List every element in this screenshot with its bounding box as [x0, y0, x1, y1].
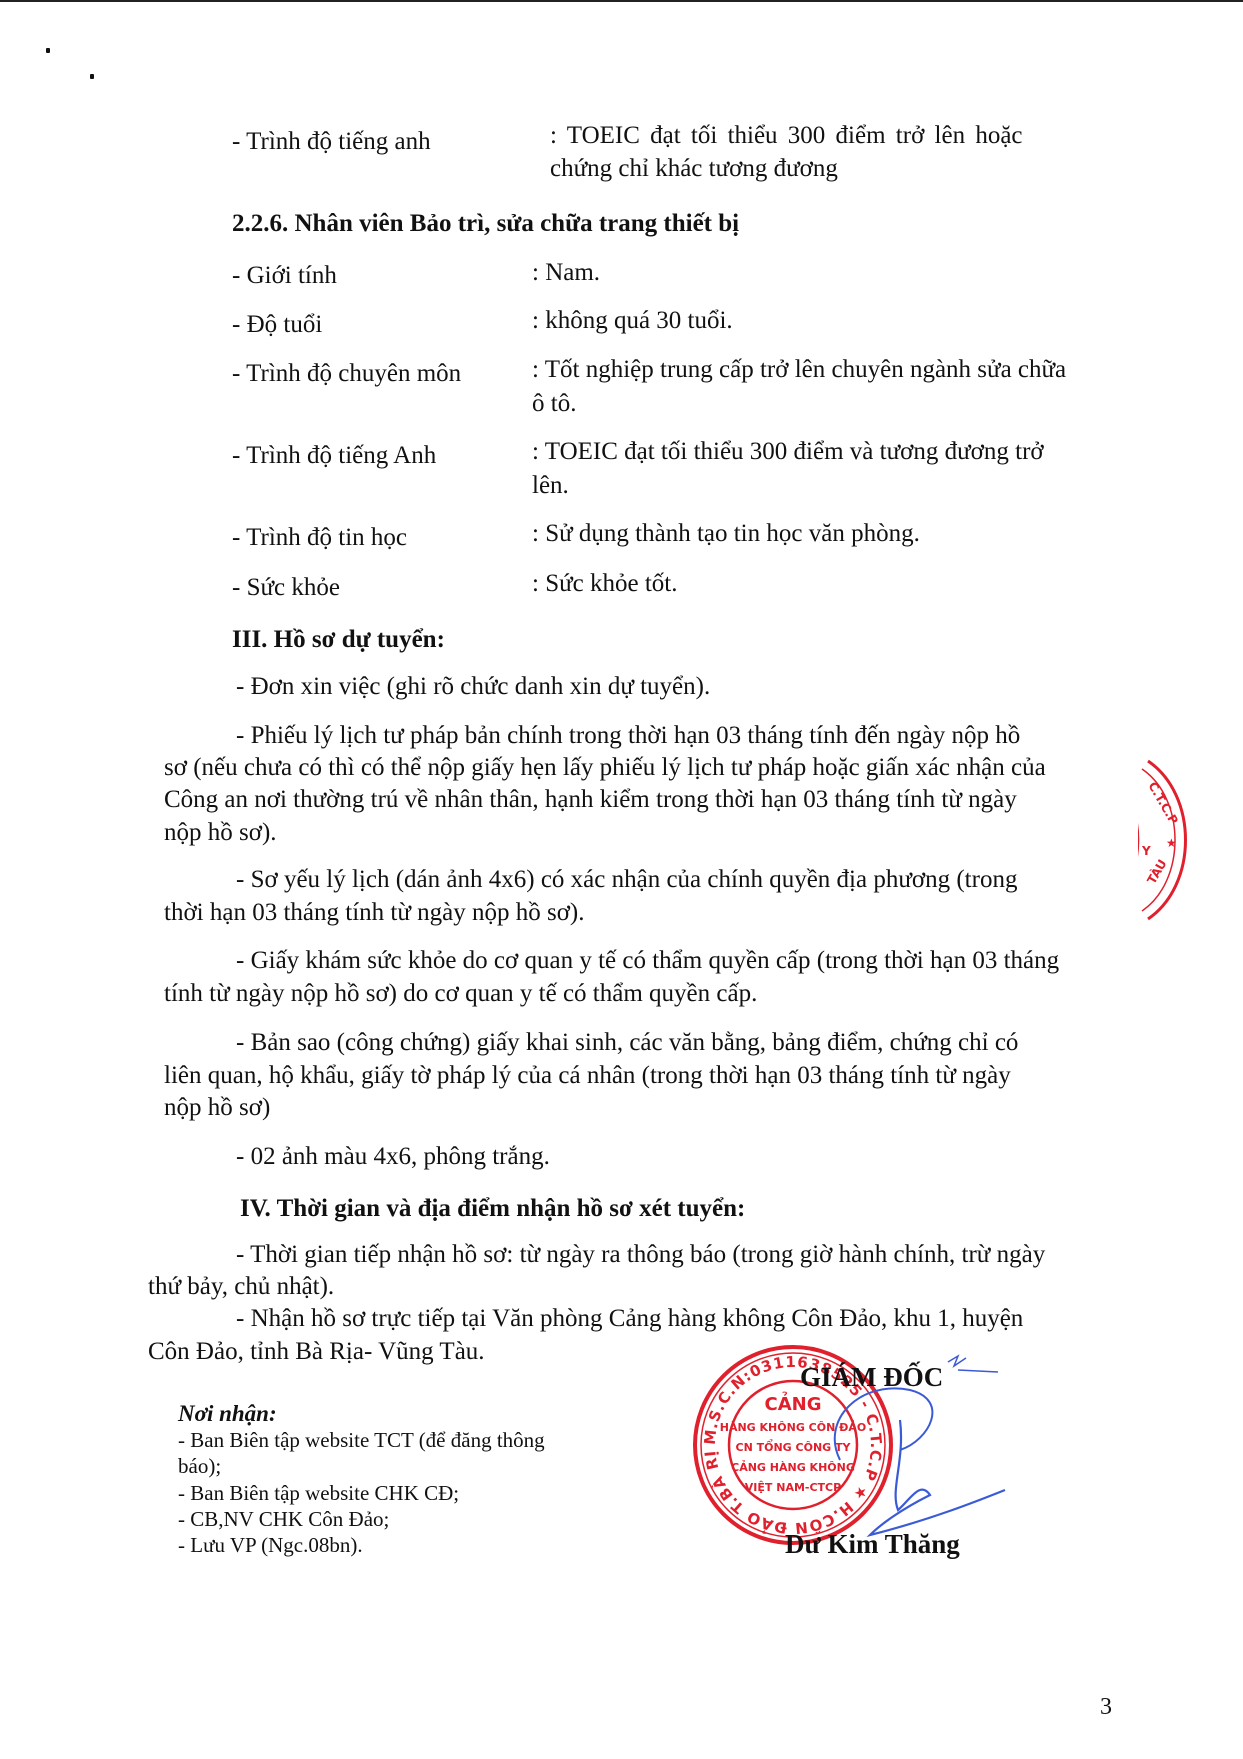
recipient-line: - Ban Biên tập website CHK CĐ; [178, 1481, 459, 1505]
field-value-cont: lên. [532, 472, 569, 500]
field-label: - Giới tính [232, 262, 337, 290]
field-value-cont: ô tô. [532, 390, 576, 418]
field-value-cont: chứng chỉ khác tương đương [550, 155, 838, 183]
seam-stamp-icon: C.T.C.P ★ TÀU Y [1138, 755, 1198, 925]
requirement-item-cont: nộp hồ sơ). [164, 819, 277, 847]
field-value: : Nam. [532, 259, 600, 287]
scan-speck [90, 74, 94, 79]
svg-text:★: ★ [1166, 836, 1177, 850]
scan-speck [46, 48, 50, 53]
requirement-item: - Giấy khám sức khỏe do cơ quan y tế có … [236, 947, 1059, 975]
field-label: - Trình độ tiếng Anh [232, 442, 436, 470]
page-number: 3 [1100, 1693, 1112, 1721]
signature-title: GIÁM ĐỐC [800, 1363, 943, 1391]
field-label: - Trình độ tin học [232, 524, 407, 552]
requirement-item-cont: liên quan, hộ khẩu, giấy tờ pháp lý của … [164, 1062, 1011, 1090]
submission-item-cont: thứ bảy, chủ nhật). [148, 1273, 334, 1301]
recipient-line: - CB,NV CHK Côn Đảo; [178, 1507, 389, 1531]
field-value: : Tốt nghiệp trung cấp trở lên chuyên ng… [532, 356, 1066, 384]
field-value: : không quá 30 tuổi. [532, 307, 733, 335]
requirement-item: - Phiếu lý lịch tư pháp bản chính trong … [236, 722, 1020, 750]
recipient-line: báo); [178, 1454, 221, 1478]
requirement-item: - Sơ yếu lý lịch (dán ảnh 4x6) có xác nh… [236, 866, 1017, 894]
section-heading-2-2-6: 2.2.6. Nhân viên Bảo trì, sửa chữa trang… [232, 210, 739, 238]
section-heading-iii: III. Hồ sơ dự tuyển: [232, 626, 445, 654]
submission-item: - Nhận hồ sơ trực tiếp tại Văn phòng Cản… [236, 1305, 1023, 1333]
scan-top-edge [0, 0, 1243, 2]
requirement-item: - 02 ảnh màu 4x6, phông trắng. [236, 1143, 550, 1171]
requirement-item: - Đơn xin việc (ghi rõ chức danh xin dự … [236, 673, 710, 701]
field-label: - Sức khỏe [232, 574, 340, 602]
submission-item: - Thời gian tiếp nhận hồ sơ: từ ngày ra … [236, 1241, 1045, 1269]
recipient-line: - Lưu VP (Ngc.08bn). [178, 1533, 363, 1557]
field-value: : Sức khỏe tốt. [532, 570, 677, 598]
submission-item-cont: Côn Đảo, tỉnh Bà Rịa- Vũng Tàu. [148, 1338, 485, 1366]
field-label: - Trình độ tiếng anh [232, 128, 431, 156]
field-value: : TOEIC đạt tối thiểu 300 điểm và tương … [532, 438, 1044, 466]
field-value: : TOEIC đạt tối thiểu 300 điểm trở lên h… [550, 122, 1023, 150]
requirement-item: - Bản sao (công chứng) giấy khai sinh, c… [236, 1029, 1018, 1057]
field-value: : Sử dụng thành tạo tin học văn phòng. [532, 520, 920, 548]
recipient-line: - Ban Biên tập website TCT (để đăng thôn… [178, 1428, 545, 1452]
field-label: - Trình độ chuyên môn [232, 360, 461, 388]
svg-text:C.T.C.P: C.T.C.P [1145, 780, 1180, 827]
field-label: - Độ tuổi [232, 311, 322, 339]
requirement-item-cont: thời hạn 03 tháng tính từ ngày nộp hồ sơ… [164, 899, 585, 927]
requirement-item-cont: sơ (nếu chưa có thì có thể nộp giấy hẹn … [164, 754, 1046, 782]
signature-name: Dư Kim Thăng [785, 1530, 960, 1558]
requirement-item-cont: nộp hồ sơ) [164, 1094, 270, 1122]
recipients-heading: Nơi nhận: [178, 1400, 277, 1428]
requirement-item-cont: Công an nơi thường trú về nhân thân, hạn… [164, 786, 1017, 814]
svg-text:Y: Y [1141, 844, 1151, 858]
requirement-item-cont: tính từ ngày nộp hồ sơ) do cơ quan y tế … [164, 980, 757, 1008]
section-heading-iv: IV. Thời gian và địa điểm nhận hồ sơ xét… [240, 1195, 745, 1223]
